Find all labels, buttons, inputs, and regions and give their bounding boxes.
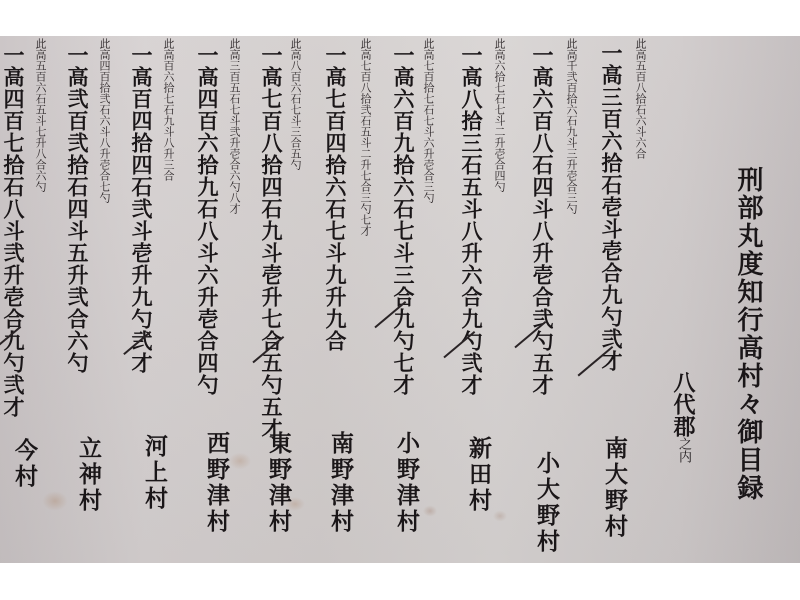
entry-village: 東野津村	[262, 431, 295, 535]
entry-assessment: 一高百四拾四石弐斗壱升九勺弐才	[126, 44, 156, 374]
entry-assessment: 一高七百四拾六石七斗九升九合	[320, 44, 350, 352]
entry-village: 立神村	[72, 436, 105, 514]
document-title: 刑部丸度知行高村々御目録	[730, 166, 767, 502]
entry-assessment: 一高七百八拾四石九斗壱升七合五勺五才	[256, 44, 286, 440]
entry-village: 南大野村	[598, 436, 631, 540]
entry-village: 今村	[8, 438, 41, 490]
entry-note: 此高五百六石五斗七升八合六勺	[32, 38, 48, 192]
entry-note: 此高千弐百拾六石九斗三升壱合三勺	[563, 38, 579, 214]
entry-village: 新田村	[462, 436, 495, 514]
entry-note: 此高七百拾七石七斗六升壱合三勺	[420, 38, 436, 203]
entry-village: 小野津村	[390, 431, 423, 535]
entry-note: 此高五百八拾石六斗六合	[632, 38, 648, 159]
entry-assessment: 一高六百九拾六石七斗三合九勺七才	[388, 44, 418, 396]
entry-assessment: 一高四百六拾九石八斗六升壱合四勺	[192, 44, 222, 396]
entry-note: 此高八百六石七斗三合五勺	[287, 38, 303, 170]
entry-note: 此高百六拾七石九斗八升三合	[160, 38, 176, 181]
entry-village: 西野津村	[200, 431, 233, 535]
entry-note: 此高七百八拾弐石五斗二升七合三勺七才	[357, 38, 373, 236]
entry-assessment: 一高三百六拾石壱斗壱合九勺弐才	[596, 42, 626, 372]
district-suffix: 之内	[676, 437, 691, 463]
document-photo: 刑部丸度知行高村々御目録 八代郡之内 此高五百八拾石六斗六合 一高三百六拾石壱斗…	[0, 36, 800, 563]
entry-village: 小大野村	[530, 451, 563, 555]
entry-village: 河上村	[138, 434, 171, 512]
entry-assessment: 一高六百八石四斗八升壱合弐勺五才	[527, 44, 557, 396]
entry-note: 此高四百拾弐石六斗八升壱合七勺	[96, 38, 112, 203]
entry-note: 此高六拾七石七斗二升壱合四勺	[491, 38, 507, 192]
entry-assessment: 一高四百七拾石八斗弐升壱合九勺弐才	[0, 44, 28, 418]
district-label: 八代郡之内	[668, 371, 699, 463]
entry-village: 南野津村	[324, 431, 357, 535]
district-name: 八代郡	[670, 371, 696, 437]
entry-note: 此高三百五石七斗弐升壱合六勺八才	[226, 38, 242, 214]
entry-assessment: 一高弐百弐拾石四斗五升弐合六勺	[62, 44, 92, 374]
